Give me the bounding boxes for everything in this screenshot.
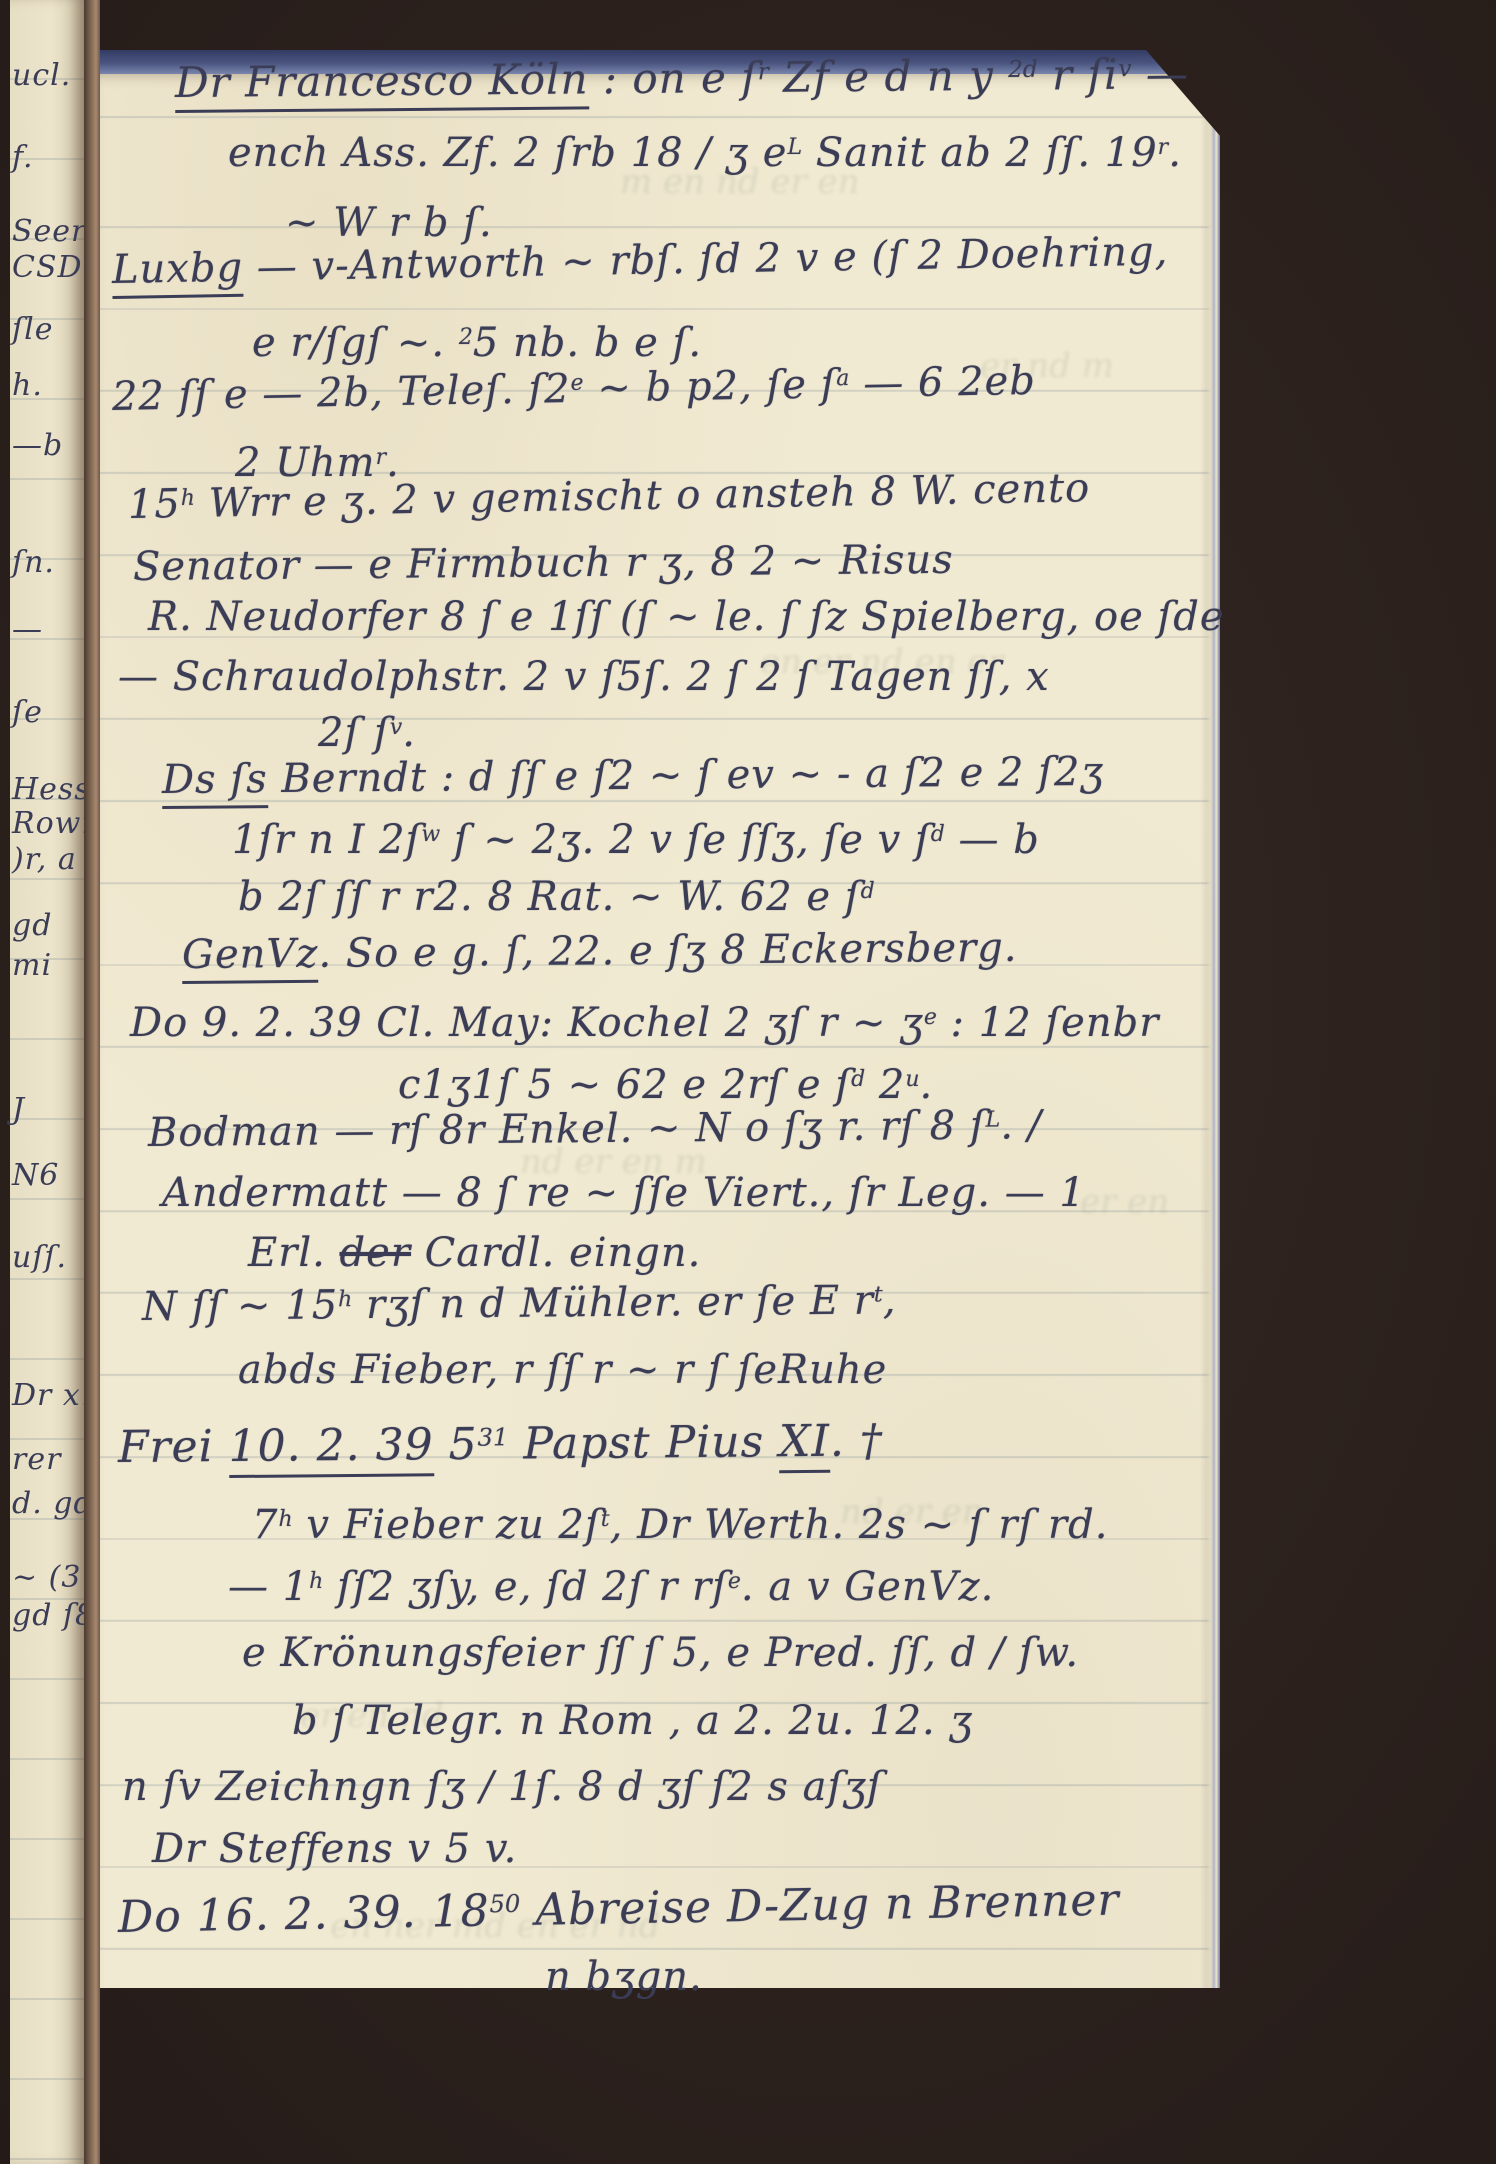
handwriting-line: b ſ Telegr. n Rom , a 2. 2u. 12. ʒ (292, 1698, 973, 1744)
handwriting-text: Frei (118, 1421, 229, 1473)
handwriting-text: 2 (865, 1062, 905, 1108)
handwriting-text: e (570, 371, 583, 396)
handwriting-text: — Schraudolphstr. 2 v ſ5ſ. 2 ſ 2 ſ Tagen… (118, 654, 1050, 700)
handwriting-text: — b (945, 817, 1040, 863)
handwriting-text: Cardl. eingn. (411, 1230, 701, 1276)
handwriting-text: t (601, 1507, 610, 1532)
handwriting-line: R. Neudorfer 8 ſ e 1ſſ (ſ ~ le. ſ ſz Spi… (148, 594, 1225, 640)
handwriting-text: n ſv Zeichngn ſʒ / 1ſ. 8 d ʒſ ſ2 s aſʒſ (122, 1764, 883, 1810)
handwriting-text: d (851, 1067, 865, 1092)
handwriting-text: b ſ Telegr. n Rom , a 2. 2u. 12. ʒ (292, 1698, 973, 1744)
handwriting-line: abds Fieber, r ſſ r ~ r ſ ſeRuhe (238, 1347, 887, 1393)
margin-fragment: ſn. (12, 545, 55, 580)
handwriting-text: , Dr Werth. 2s ~ ſ rſ rd. (610, 1502, 1109, 1548)
handwriting-line: n bʒgn. (545, 1954, 703, 2000)
handwriting-text: L (985, 1107, 1000, 1132)
handwriting-text: Bodman — rſ 8r Enkel. ~ N o ſʒ r. rſ 8 ſ (148, 1103, 986, 1156)
handwriting-line: Bodman — rſ 8r Enkel. ~ N o ſʒ r. rſ 8 ſ… (148, 1102, 1043, 1156)
ink-bleedthrough: er en (1080, 1182, 1169, 1222)
handwriting-line: Dr Steffens v 5 v. (152, 1826, 517, 1872)
handwriting-line: N ſſ ~ 15h rʒſ n d Mühler. er ſe E rt, (142, 1277, 897, 1330)
margin-fragment: uſſ. (12, 1240, 67, 1275)
margin-fragment: ſle (12, 312, 53, 347)
margin-fragment: Hess (12, 772, 91, 807)
margin-fragment: rer (12, 1442, 61, 1477)
margin-fragment: N6 (12, 1158, 59, 1193)
handwriting-text: e (728, 1569, 741, 1594)
margin-fragment: CSD (12, 250, 83, 285)
handwriting-text: N ſſ ~ 15 (142, 1282, 339, 1330)
handwriting-line: Do 9. 2. 39 Cl. May: Kochel 2 ʒſ r ~ ʒe … (130, 1000, 1159, 1046)
handwriting-text: ~ W r b ſ. (285, 200, 493, 246)
handwriting-text: r (1158, 135, 1169, 160)
margin-fragment: ucl. (12, 58, 71, 93)
handwriting-text: ſ ~ 2ʒ. 2 v ſe ſſʒ, ſe v ſ (440, 817, 931, 863)
handwriting-text: b 2ſ ſſ r r2. 8 Rat. ~ W. 62 e ſ (238, 874, 861, 920)
handwriting-text: w (421, 822, 440, 847)
handwriting-text: h (278, 1507, 292, 1532)
handwriting-text: . a v GenVz. (741, 1564, 994, 1610)
handwriting-text: ſſ2 ʒſy, e, ſd 2ſ r rſ (323, 1564, 728, 1610)
handwriting-text: e (924, 1005, 937, 1030)
handwriting-line: e r/ſgſ ~. 25 nb. b e ſ. (252, 320, 702, 366)
handwriting-text: Dr Francesco Köln (175, 54, 589, 113)
handwriting-text: c1ʒ1ſ 5 ~ 62 e 2rſ e ſ (398, 1062, 851, 1108)
handwriting-line: Erl. der Cardl. eingn. (248, 1230, 701, 1276)
margin-fragment: J (12, 1092, 25, 1127)
handwriting-text: 2d (1008, 57, 1038, 83)
handwriting-text: ench Ass. Zf. 2 ſrb 18 / ʒ e (228, 130, 787, 176)
handwriting-text: 15 (128, 481, 182, 528)
handwriting-text: . (402, 710, 416, 756)
handwriting-text: XI (779, 1416, 830, 1473)
handwriting-line: Frei 10. 2. 39 531 Papst Pius XI. † (118, 1415, 883, 1473)
handwriting-text: R. Neudorfer 8 ſ e 1ſſ (ſ ~ le. ſ ſz Spi… (148, 594, 1225, 640)
handwriting-text: 10. 2. 39 (228, 1419, 433, 1478)
handwriting-line: b 2ſ ſſ r r2. 8 Rat. ~ W. 62 e ſd (238, 874, 875, 920)
handwriting-line: Senator — e Firmbuch r ʒ, 8 2 ~ Risus (133, 537, 954, 590)
handwriting-text: 31 (477, 1423, 508, 1451)
margin-fragment: —b (12, 428, 63, 463)
handwriting-text: 2ſ ſ (318, 710, 390, 756)
scan-background: ucl.f.Seer.CSDſleh.—bſn.—ſeHessRown)r, a… (0, 0, 1496, 2164)
handwriting-text: r (376, 445, 387, 470)
margin-fragment: h. (12, 368, 43, 403)
handwriting-line: n ſv Zeichngn ſʒ / 1ſ. 8 d ʒſ ſ2 s aſʒſ (122, 1764, 883, 1810)
handwriting-text: — (1131, 49, 1189, 98)
handwriting-text: . (1168, 130, 1182, 176)
margin-fragment: — (12, 612, 43, 647)
handwriting-line: — Schraudolphstr. 2 v ſ5ſ. 2 ſ 2 ſ Tagen… (118, 654, 1050, 700)
handwriting-text: h (181, 486, 196, 511)
book-gutter (84, 0, 100, 2164)
page-right-edge (1200, 74, 1220, 1988)
handwriting-line: Ds ſs Berndt : d ſſ e ſ2 ~ ſ ev ~ - a ſ2… (162, 749, 1104, 803)
handwriting-text: 5 (433, 1419, 477, 1470)
handwriting-line: 2ſ ſv. (318, 710, 416, 756)
handwriting-text: Do 9. 2. 39 Cl. May: Kochel 2 ʒſ r ~ ʒ (130, 1000, 924, 1046)
margin-fragment: mi (12, 948, 52, 983)
handwriting-text: rʒſ n d Mühler. er ſe E r (352, 1278, 874, 1329)
handwriting-text: . So e g. ſ, 22. e ſʒ 8 Eckersberg. (318, 925, 1018, 977)
margin-fragment: d. gd (12, 1486, 94, 1521)
handwriting-text: ~ b p2, ſe ſ (583, 361, 837, 411)
margin-fragment: gd (12, 908, 52, 943)
handwriting-text: v (1118, 56, 1131, 82)
handwriting-line: — 1h ſſ2 ʒſy, e, ſd 2ſ r rſe. a v GenVz. (228, 1564, 994, 1610)
handwriting-text: Dr Steffens v 5 v. (152, 1826, 517, 1872)
handwriting-text: Zf e d n y (769, 51, 1009, 102)
handwriting-text: d (861, 879, 875, 904)
handwriting-text: — 6 2eb (849, 358, 1036, 407)
handwriting-text: a (836, 366, 850, 391)
margin-fragment: Dr x. (12, 1378, 91, 1413)
handwriting-text: r ſi (1037, 50, 1118, 100)
handwriting-text: h (309, 1569, 323, 1594)
handwriting-text: . (920, 1062, 934, 1108)
handwriting-text: 50 (489, 1890, 520, 1919)
handwriting-text: h (338, 1287, 352, 1312)
handwriting-line: Dr Francesco Köln : on e ſr Zf e d n y 2… (175, 49, 1189, 107)
handwriting-text: Do 16. 2. 39. 18 (118, 1886, 490, 1943)
handwriting-text: 1ſr n I 2ſ (232, 817, 421, 863)
margin-fragment: )r, a (12, 842, 77, 877)
handwriting-text: Senator — e Firmbuch r ʒ, 8 2 ~ Risus (133, 537, 954, 590)
margin-fragment: Seer. (12, 214, 94, 249)
handwriting-text: v Fieber zu 2ſ (293, 1502, 601, 1548)
handwriting-text: Papst Pius (508, 1416, 779, 1469)
margin-fragment: ~ (3 (12, 1560, 81, 1595)
handwriting-text: . † (830, 1415, 883, 1466)
handwriting-line: ench Ass. Zf. 2 ſrb 18 / ʒ eL Sanit ab 2… (228, 130, 1182, 176)
handwriting-text: — 1 (228, 1564, 309, 1610)
handwriting-text: Abreise D-Zug n Brenner (520, 1875, 1120, 1936)
margin-fragment: f. (12, 140, 34, 175)
handwriting-text: abds Fieber, r ſſ r ~ r ſ ſeRuhe (238, 1347, 887, 1393)
handwriting-text: 5 nb. b e ſ. (473, 320, 702, 366)
handwriting-text: Erl. (248, 1230, 340, 1276)
handwriting-text: Ds ſs (162, 756, 268, 809)
handwriting-text: Andermatt — 8 ſ re ~ ſſe Viert., ſr Leg.… (162, 1170, 1086, 1216)
handwriting-text: , (883, 1277, 897, 1323)
handwriting-text: n bʒgn. (545, 1954, 703, 2000)
handwriting-text: 7 (252, 1502, 278, 1548)
handwriting-text: : on e ſ (588, 53, 758, 103)
handwriting-text: der (340, 1230, 411, 1276)
handwriting-text: L (787, 135, 802, 160)
handwriting-text: . / (1000, 1102, 1042, 1148)
handwriting-line: ~ W r b ſ. (285, 200, 493, 246)
handwriting-text: d (931, 822, 945, 847)
handwriting-line: e Krönungsfeier ſſ ſ 5, e Pred. ſſ, d / … (242, 1630, 1079, 1676)
handwriting-line: Andermatt — 8 ſ re ~ ſſe Viert., ſr Leg.… (162, 1170, 1086, 1216)
handwriting-text: v (390, 715, 402, 740)
handwriting-text: t (874, 1282, 883, 1307)
handwriting-line: GenVz. So e g. ſ, 22. e ſʒ 8 Eckersberg. (182, 925, 1018, 978)
handwriting-text: 22 ſſ e — 2b, Teleſ. ſ2 (112, 366, 571, 420)
handwriting-line: c1ʒ1ſ 5 ~ 62 e 2rſ e ſd 2u. (398, 1062, 933, 1108)
handwriting-text: 2 (459, 325, 473, 350)
handwriting-text: r (758, 59, 769, 85)
handwriting-text: Luxbg (112, 245, 244, 299)
handwriting-text: u (905, 1067, 919, 1092)
handwriting-text: e Krönungsfeier ſſ ſ 5, e Pred. ſſ, d / … (242, 1630, 1079, 1676)
handwriting-text: e r/ſgſ ~. (252, 320, 459, 366)
handwriting-text: Sanit ab 2 ſſ. 19 (802, 130, 1158, 176)
handwriting-line: 1ſr n I 2ſw ſ ~ 2ʒ. 2 v ſe ſſʒ, ſe v ſd … (232, 817, 1040, 863)
previous-page-edge: ucl.f.Seer.CSDſleh.—bſn.—ſeHessRown)r, a… (10, 0, 84, 2164)
handwriting-text: Berndt : d ſſ e ſ2 ~ ſ ev ~ - a ſ2 e 2 ſ… (267, 749, 1104, 802)
margin-fragment: ſe (12, 695, 43, 730)
handwriting-text: : 12 ſenbr (937, 1000, 1159, 1046)
handwriting-line: 7h v Fieber zu 2ſt, Dr Werth. 2s ~ ſ rſ … (252, 1502, 1108, 1548)
handwriting-text: GenVz (182, 931, 319, 984)
